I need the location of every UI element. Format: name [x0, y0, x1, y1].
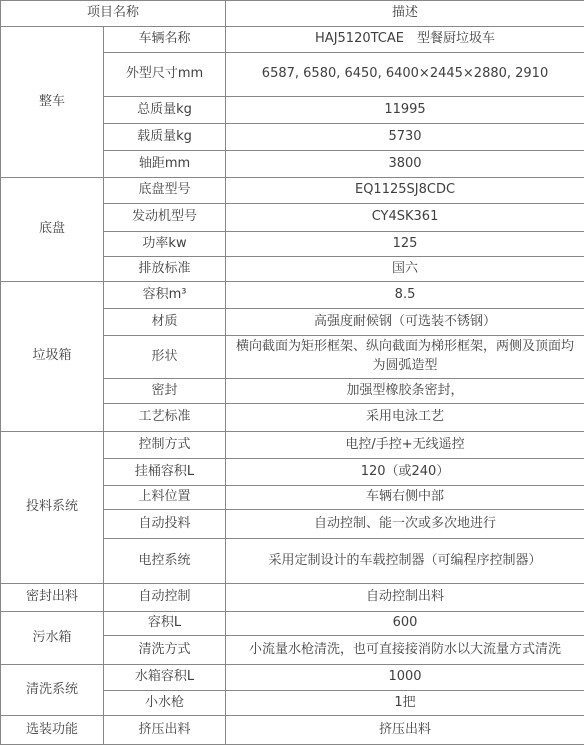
spec-label: 排放标准 [104, 257, 226, 282]
spec-label: 密封 [104, 379, 226, 404]
group-cell-washing-system: 清洗系统 [1, 665, 104, 716]
header-description-cell: 描述 [226, 1, 584, 27]
header-project-cell: 项目名称 [1, 1, 226, 27]
spec-label: 外型尺寸mm [104, 53, 226, 97]
spec-label: 水箱容积L [104, 665, 226, 691]
table-row: 整车 车辆名称 HAJ5120TCAE 型餐厨垃圾车 [1, 27, 584, 53]
spec-value: 小流量水枪清洗，也可直接接消防水以大流量方式清洗 [226, 636, 584, 665]
spec-label: 发动机型号 [104, 204, 226, 232]
spec-value: 自动控制出料 [226, 584, 584, 612]
spec-table: 项目名称 描述 整车 车辆名称 HAJ5120TCAE 型餐厨垃圾车 外型尺寸m… [0, 0, 584, 745]
spec-label: 工艺标准 [104, 404, 226, 432]
spec-value: 6587, 6580, 6450, 6400×2445×2880, 2910 [226, 53, 584, 97]
spec-value: 8.5 [226, 282, 584, 309]
spec-label: 总质量kg [104, 97, 226, 124]
spec-label: 容积L [104, 612, 226, 636]
spec-value: 自动控制、能一次或多次地进行 [226, 510, 584, 539]
spec-value: 1把 [226, 691, 584, 716]
spec-label: 形状 [104, 336, 226, 379]
group-cell-chassis: 底盘 [1, 178, 104, 282]
spec-value: HAJ5120TCAE 型餐厨垃圾车 [226, 27, 584, 53]
table-row: 投料系统 控制方式 电控/手控+无线遥控 [1, 432, 584, 459]
group-cell-garbage-box: 垃圾箱 [1, 282, 104, 432]
table-row: 底盘 底盘型号 EQ1125SJ8CDC [1, 178, 584, 204]
spec-label: 载质量kg [104, 124, 226, 151]
spec-label: 自动控制 [104, 584, 226, 612]
spec-label: 轴距mm [104, 151, 226, 178]
spec-value: 125 [226, 232, 584, 257]
spec-label: 控制方式 [104, 432, 226, 459]
table-row: 垃圾箱 容积m³ 8.5 [1, 282, 584, 309]
spec-label: 上料位置 [104, 486, 226, 510]
spec-value: EQ1125SJ8CDC [226, 178, 584, 204]
spec-value: 3800 [226, 151, 584, 178]
spec-value: 挤压出料 [226, 716, 584, 745]
table-row: 清洗系统 水箱容积L 1000 [1, 665, 584, 691]
spec-label: 小水枪 [104, 691, 226, 716]
header-row: 项目名称 描述 [1, 1, 584, 27]
table-row: 污水箱 容积L 600 [1, 612, 584, 636]
group-cell-optional-features: 选装功能 [1, 716, 104, 745]
spec-value: 横向截面为矩形框架、纵向截面为梯形框架，两侧及顶面均为圆弧造型 [226, 336, 584, 379]
spec-label: 车辆名称 [104, 27, 226, 53]
group-cell-feeding-system: 投料系统 [1, 432, 104, 584]
spec-value: 国六 [226, 257, 584, 282]
spec-value: 5730 [226, 124, 584, 151]
spec-value: 1000 [226, 665, 584, 691]
spec-value: 600 [226, 612, 584, 636]
spec-value: 加强型橡胶条密封， [226, 379, 584, 404]
spec-label: 挂桶容积L [104, 459, 226, 486]
spec-label: 电控系统 [104, 539, 226, 584]
spec-label: 清洗方式 [104, 636, 226, 665]
table-row: 选装功能 挤压出料 挤压出料 [1, 716, 584, 745]
spec-value: 电控/手控+无线遥控 [226, 432, 584, 459]
spec-label: 材质 [104, 309, 226, 336]
spec-value: 11995 [226, 97, 584, 124]
spec-value: 120（或240） [226, 459, 584, 486]
spec-value: 车辆右侧中部 [226, 486, 584, 510]
spec-value: CY4SK361 [226, 204, 584, 232]
group-cell-sewage-tank: 污水箱 [1, 612, 104, 665]
spec-value: 采用电泳工艺 [226, 404, 584, 432]
spec-label: 功率kw [104, 232, 226, 257]
table-row: 密封出料 自动控制 自动控制出料 [1, 584, 584, 612]
group-cell-sealed-discharge: 密封出料 [1, 584, 104, 612]
spec-label: 挤压出料 [104, 716, 226, 745]
spec-value: 高强度耐候钢（可选装不锈钢） [226, 309, 584, 336]
group-cell-whole-vehicle: 整车 [1, 27, 104, 178]
spec-label: 自动投料 [104, 510, 226, 539]
spec-label: 底盘型号 [104, 178, 226, 204]
spec-value: 采用定制设计的车载控制器（可编程序控制器） [226, 539, 584, 584]
spec-label: 容积m³ [104, 282, 226, 309]
